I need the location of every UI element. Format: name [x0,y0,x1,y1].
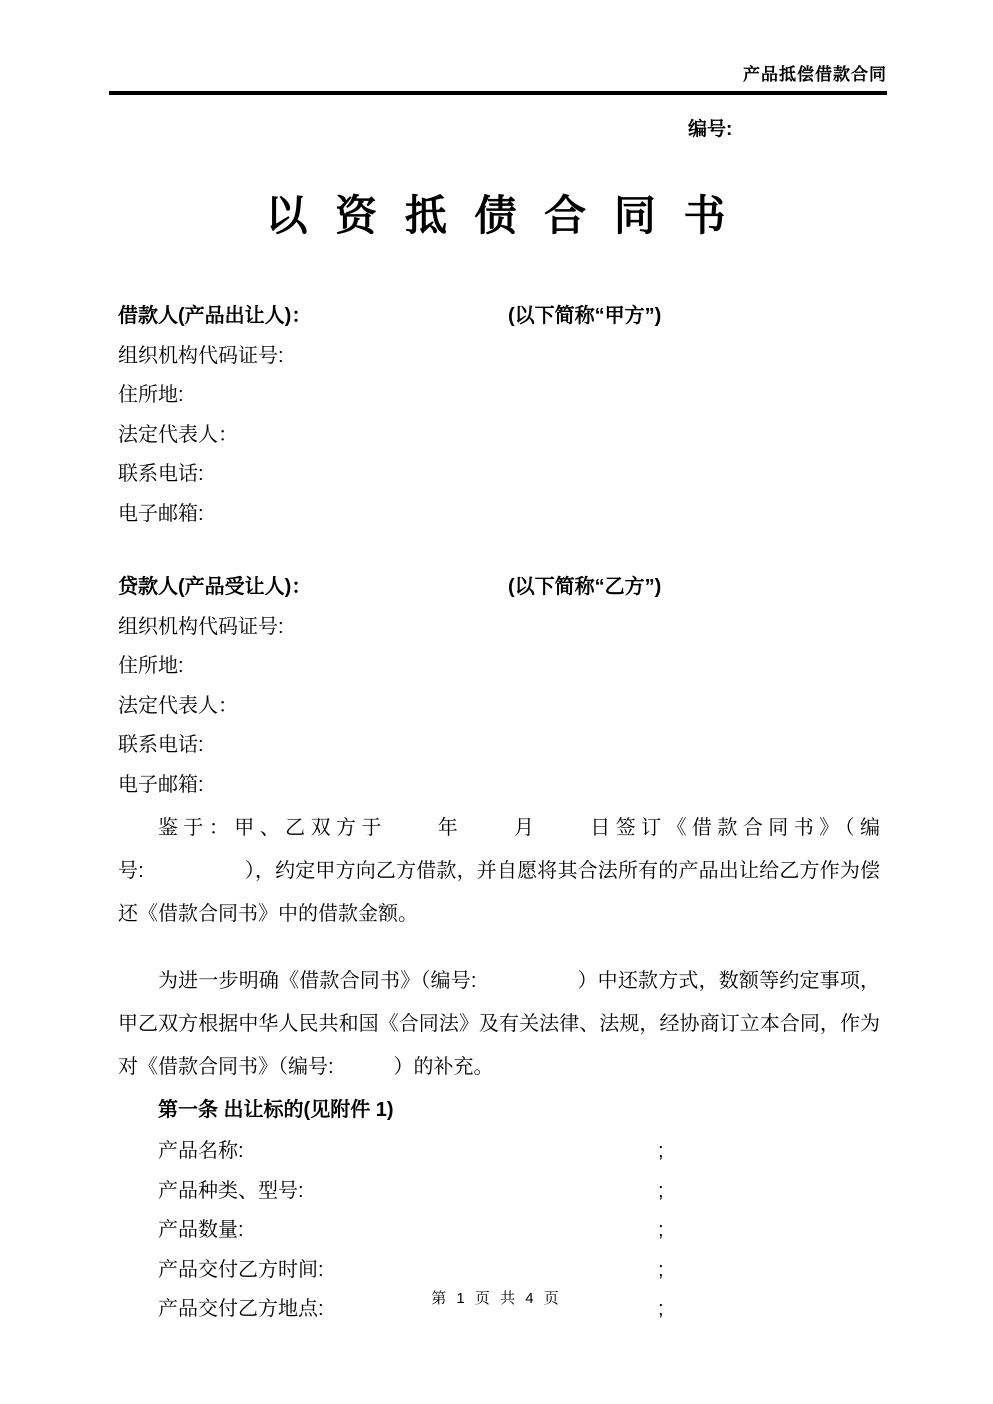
product-delivery-time-row: 产品交付乙方时间: ; [118,1251,880,1291]
semicolon-separator: ; [658,1251,664,1291]
party-b-header: 贷款人(产品受让人)： (以下简称“乙方”) [118,568,880,608]
party-a-email-field: 电子邮箱: [118,495,880,535]
running-header: 产品抵偿借款合同 [109,60,887,95]
document-body: 借款人(产品出让人)： (以下简称“甲方”) 组织机构代码证号: 住所地: 法定… [118,297,880,1330]
recital-paragraph-1: 鉴于：甲、乙双方于 年 月 日签订《借款合同书》（编号: ），约定甲方向乙方借款… [118,807,880,936]
product-quantity-label: 产品数量: [158,1219,244,1241]
party-a-legal-rep-field: 法定代表人： [118,416,880,456]
party-b-org-code-field: 组织机构代码证号: [118,608,880,648]
party-b-legal-rep-field: 法定代表人： [118,687,880,727]
product-delivery-time-label: 产品交付乙方时间: [158,1259,324,1281]
semicolon-separator: ; [658,1211,664,1251]
clause-1-heading: 第一条 出让标的(见附件 1) [118,1089,880,1132]
product-type-model-row: 产品种类、型号: ; [118,1172,880,1212]
contract-number-label: 编号: [688,114,732,141]
party-a-address-field: 住所地: [118,376,880,416]
product-name-label: 产品名称: [158,1140,244,1162]
product-type-model-label: 产品种类、型号: [158,1180,304,1202]
party-a-header: 借款人(产品出让人)： (以下简称“甲方”) [118,297,880,337]
semicolon-separator: ; [658,1172,664,1212]
party-a-phone-field: 联系电话: [118,455,880,495]
page-number-footer: 第 1 页 共 4 页 [0,1287,993,1308]
product-quantity-row: 产品数量: ; [118,1211,880,1251]
party-a-block: 借款人(产品出让人)： (以下简称“甲方”) 组织机构代码证号: 住所地: 法定… [118,297,880,534]
semicolon-separator: ; [658,1132,664,1172]
contract-page: 产品抵偿借款合同 编号: 以 资 抵 债 合 同 书 借款人(产品出让人)： (… [0,0,993,1404]
party-a-role-label: 借款人(产品出让人)： [118,305,311,327]
party-b-role-label: 贷款人(产品受让人)： [118,576,311,598]
party-a-org-code-field: 组织机构代码证号: [118,337,880,377]
party-b-block: 贷款人(产品受让人)： (以下简称“乙方”) 组织机构代码证号: 住所地: 法定… [118,568,880,805]
recital-paragraph-2: 为进一步明确《借款合同书》（编号: ）中还款方式，数额等约定事项，甲乙双方根据中… [118,960,880,1089]
party-b-alias-label: (以下简称“乙方”) [508,568,661,608]
party-a-alias-label: (以下简称“甲方”) [508,297,661,337]
document-title: 以 资 抵 债 合 同 书 [0,183,993,243]
party-b-phone-field: 联系电话: [118,726,880,766]
product-name-row: 产品名称: ; [118,1132,880,1172]
party-b-email-field: 电子邮箱: [118,766,880,806]
party-b-address-field: 住所地: [118,647,880,687]
